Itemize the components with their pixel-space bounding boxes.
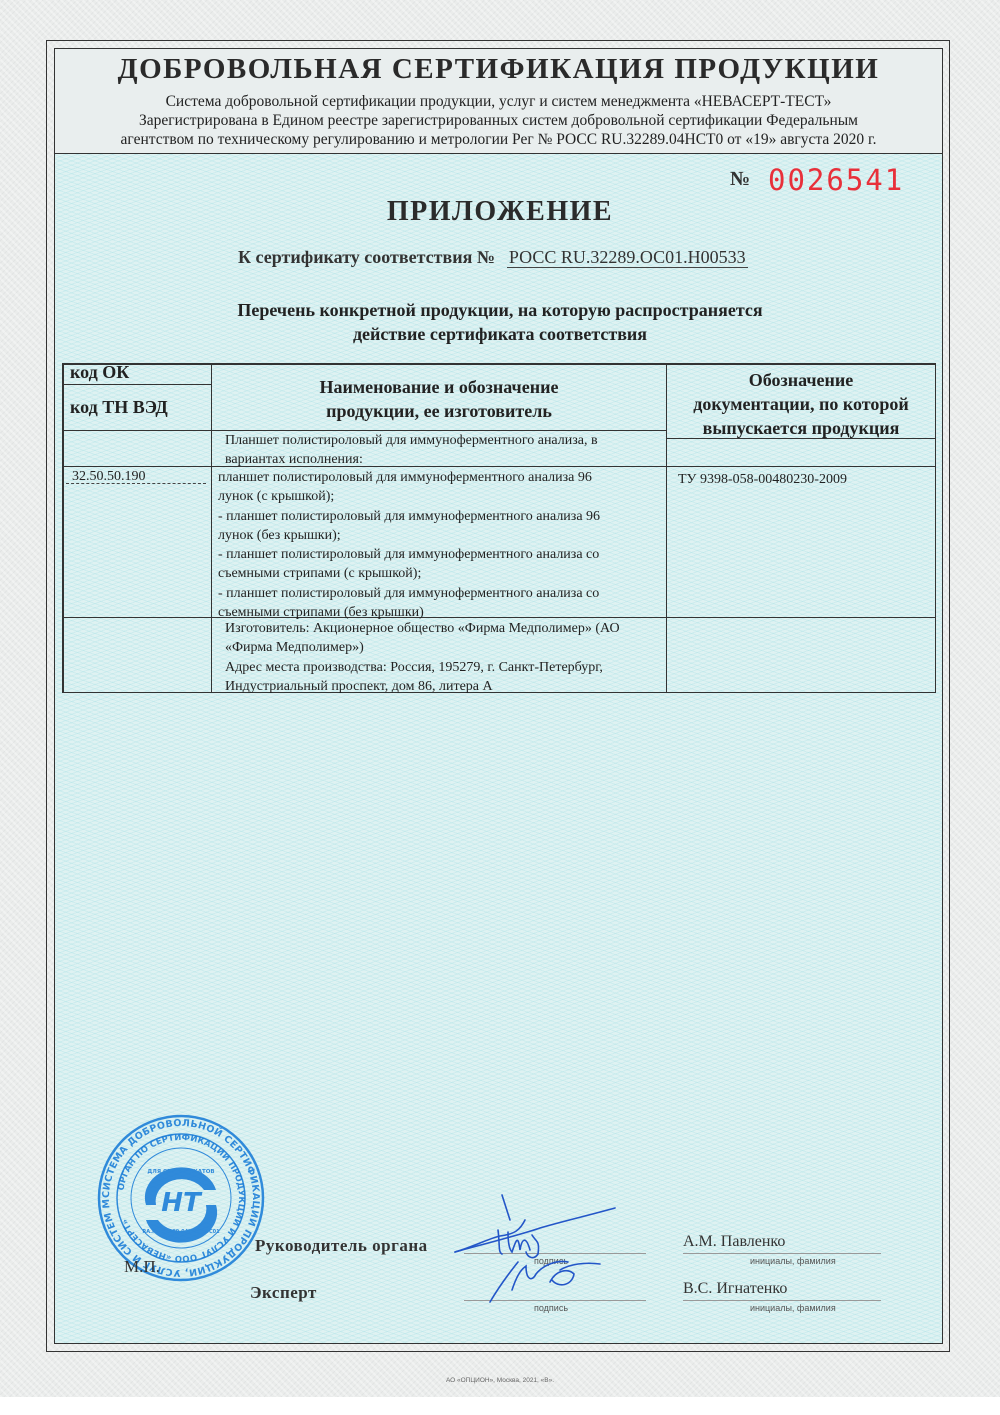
header-code-tnved: код ТН ВЭД — [70, 395, 168, 419]
head-name-caption: инициалы, фамилия — [750, 1256, 836, 1266]
table-row-variants: планшет полистироловый для иммунофермент… — [218, 468, 600, 622]
svg-text:НТ: НТ — [161, 1188, 203, 1218]
appendix-title: ПРИЛОЖЕНИЕ — [0, 196, 1000, 228]
header-band: ДОБРОВОЛЬНАЯ СЕРТИФИКАЦИЯ ПРОДУКЦИИ Сист… — [55, 49, 942, 154]
serial-number: 0026541 — [768, 163, 904, 197]
seal-mark-label: М.П. — [124, 1257, 160, 1277]
head-name: А.М. Павленко — [683, 1233, 785, 1251]
handwritten-signature-icon — [440, 1190, 620, 1310]
list-title-line: Перечень конкретной продукции, на котору… — [0, 298, 1000, 322]
table-row-manufacturer: Изготовитель: Акционерное общество «Фирм… — [225, 619, 620, 696]
svg-text:RA.RU.32289.04НСТ0.ОС01: RA.RU.32289.04НСТ0.ОС01 — [142, 1229, 220, 1235]
svg-text:ДЛЯ СЕРТИФИКАТОВ: ДЛЯ СЕРТИФИКАТОВ — [147, 1169, 214, 1175]
header-line-system: Система добровольной сертификации продук… — [55, 93, 942, 111]
header-line-registry: Зарегистрирована в Едином реестре зареги… — [55, 112, 942, 130]
list-title-line: действие сертификата соответствия — [0, 322, 1000, 346]
certificate-number: РОСС RU.32289.ОС01.Н00533 — [507, 247, 748, 268]
table-row-intro-name: Планшет полистироловый для иммунофермент… — [225, 431, 598, 470]
table-row-doc: ТУ 9398-058-00480230-2009 — [678, 470, 847, 489]
head-name-line — [683, 1253, 881, 1254]
header-documentation: Обозначение документации, по которой вып… — [667, 368, 935, 440]
header-line-agency: агентством по техническому регулированию… — [55, 131, 942, 149]
head-of-body-label: Руководитель органа — [255, 1236, 428, 1256]
certificate-label: К сертификату соответствия № — [238, 247, 495, 267]
expert-name: В.С. Игнатенко — [683, 1280, 787, 1298]
product-list-title: Перечень конкретной продукции, на котору… — [0, 298, 1000, 346]
certificate-reference: К сертификату соответствия №РОСС RU.3228… — [238, 247, 748, 268]
expert-label: Эксперт — [250, 1283, 317, 1303]
header-product-name: Наименование и обозначение продукции, ее… — [212, 375, 666, 423]
header-title: ДОБРОВОЛЬНАЯ СЕРТИФИКАЦИЯ ПРОДУКЦИИ — [55, 53, 942, 86]
code-dashed-separator — [66, 483, 206, 484]
header-code-ok: код ОК — [70, 360, 129, 384]
seal-stamp-icon: СИСТЕМА ДОБРОВОЛЬНОЙ СЕРТИФИКАЦИИ ПРОДУК… — [96, 1113, 266, 1283]
scan-margin — [0, 1397, 1000, 1415]
serial-label: № — [730, 168, 750, 191]
product-table: код ОК код ТН ВЭД Наименование и обознач… — [62, 363, 936, 693]
expert-name-line — [683, 1300, 881, 1301]
printer-imprint: АО «ОПЦИОН», Москва, 2021, «В». — [0, 1377, 1000, 1384]
expert-name-caption: инициалы, фамилия — [750, 1303, 836, 1313]
